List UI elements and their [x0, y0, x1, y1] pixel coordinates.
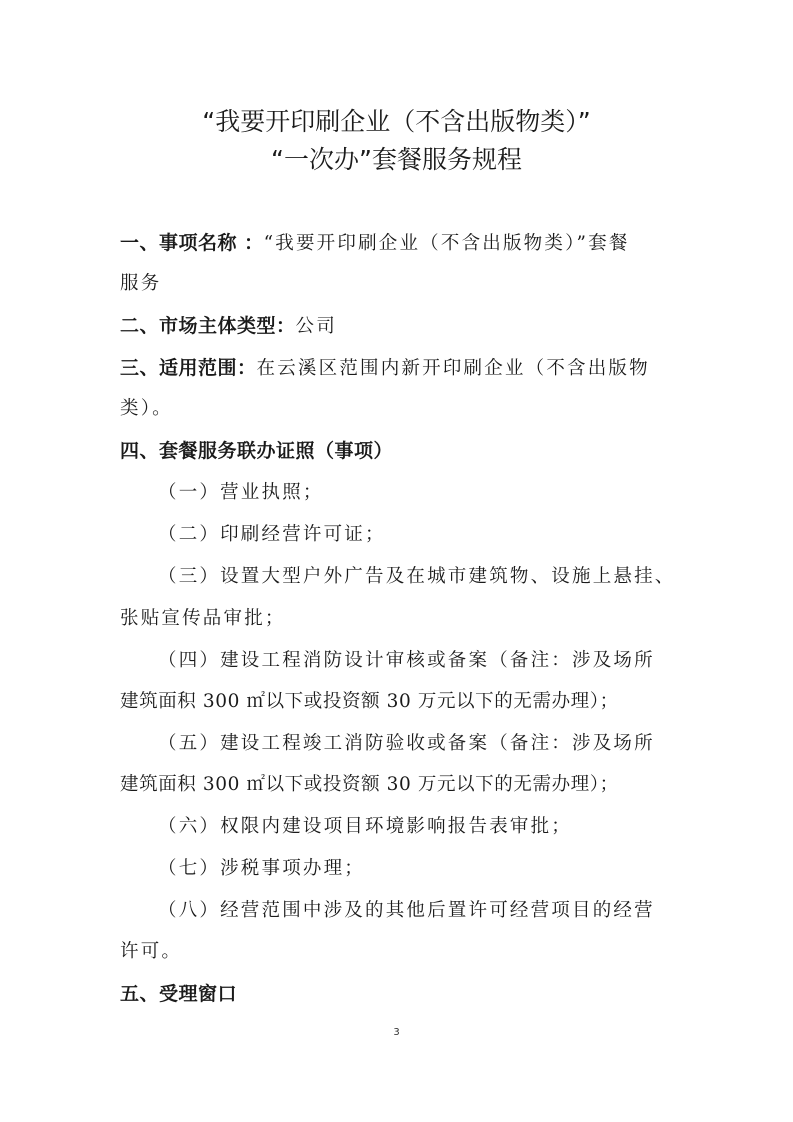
section-2-text: 公司	[296, 316, 337, 337]
list-item-8: （八）经营范围中涉及的其他后置许可经营项目的经营	[158, 898, 718, 924]
section-3-text: 在云溪区范围内新开印刷企业（不含出版物	[257, 358, 650, 379]
section-5-heading: 五、受理窗口	[120, 981, 680, 1007]
section-2-line: 二、市场主体类型：公司	[120, 313, 680, 340]
section-3-text-continued: 类）。	[120, 396, 680, 422]
section-1-text-continued: 服务	[120, 271, 680, 297]
list-item-4-continued: 建筑面积 300 ㎡以下或投资额 30 万元以下的无需办理）；	[120, 689, 680, 715]
list-item-2: （二）印刷经营许可证；	[158, 522, 718, 548]
list-item-5-continued: 建筑面积 300 ㎡以下或投资额 30 万元以下的无需办理）；	[120, 772, 680, 798]
section-1-text: “我要开印刷企业（不含出版物类）”套餐	[264, 233, 630, 254]
section-1-line: 一、事项名称 ：“我要开印刷企业（不含出版物类）”套餐	[120, 230, 680, 257]
document-page: “我要开印刷企业（不含出版物类）” “一次办”套餐服务规程 一、事项名称 ：“我…	[0, 0, 793, 1122]
list-item-5: （五）建设工程竣工消防验收或备案（备注：涉及场所	[158, 731, 718, 757]
section-3-heading: 三、适用范围：	[120, 357, 257, 379]
section-4-heading: 四、套餐服务联办证照（事项）	[120, 438, 680, 464]
document-title-line-2: “一次办”套餐服务规程	[0, 144, 793, 176]
section-3-line: 三、适用范围：在云溪区范围内新开印刷企业（不含出版物	[120, 355, 680, 382]
list-item-1: （一）营业执照；	[158, 480, 718, 506]
list-item-4: （四）建设工程消防设计审核或备案（备注：涉及场所	[158, 648, 718, 674]
document-title-line-1: “我要开印刷企业（不含出版物类）”	[0, 106, 793, 138]
list-item-3: （三）设置大型户外广告及在城市建筑物、设施上悬挂、	[158, 564, 718, 590]
page-number: 3	[0, 1027, 793, 1038]
list-item-3-continued: 张贴宣传品审批；	[120, 606, 680, 632]
list-item-7: （七）涉税事项办理；	[158, 856, 718, 882]
section-1-heading: 一、事项名称 ：	[120, 232, 264, 254]
section-2-heading: 二、市场主体类型：	[120, 315, 296, 337]
list-item-8-continued: 许可。	[120, 939, 680, 965]
list-item-6: （六）权限内建设项目环境影响报告表审批；	[158, 814, 718, 840]
